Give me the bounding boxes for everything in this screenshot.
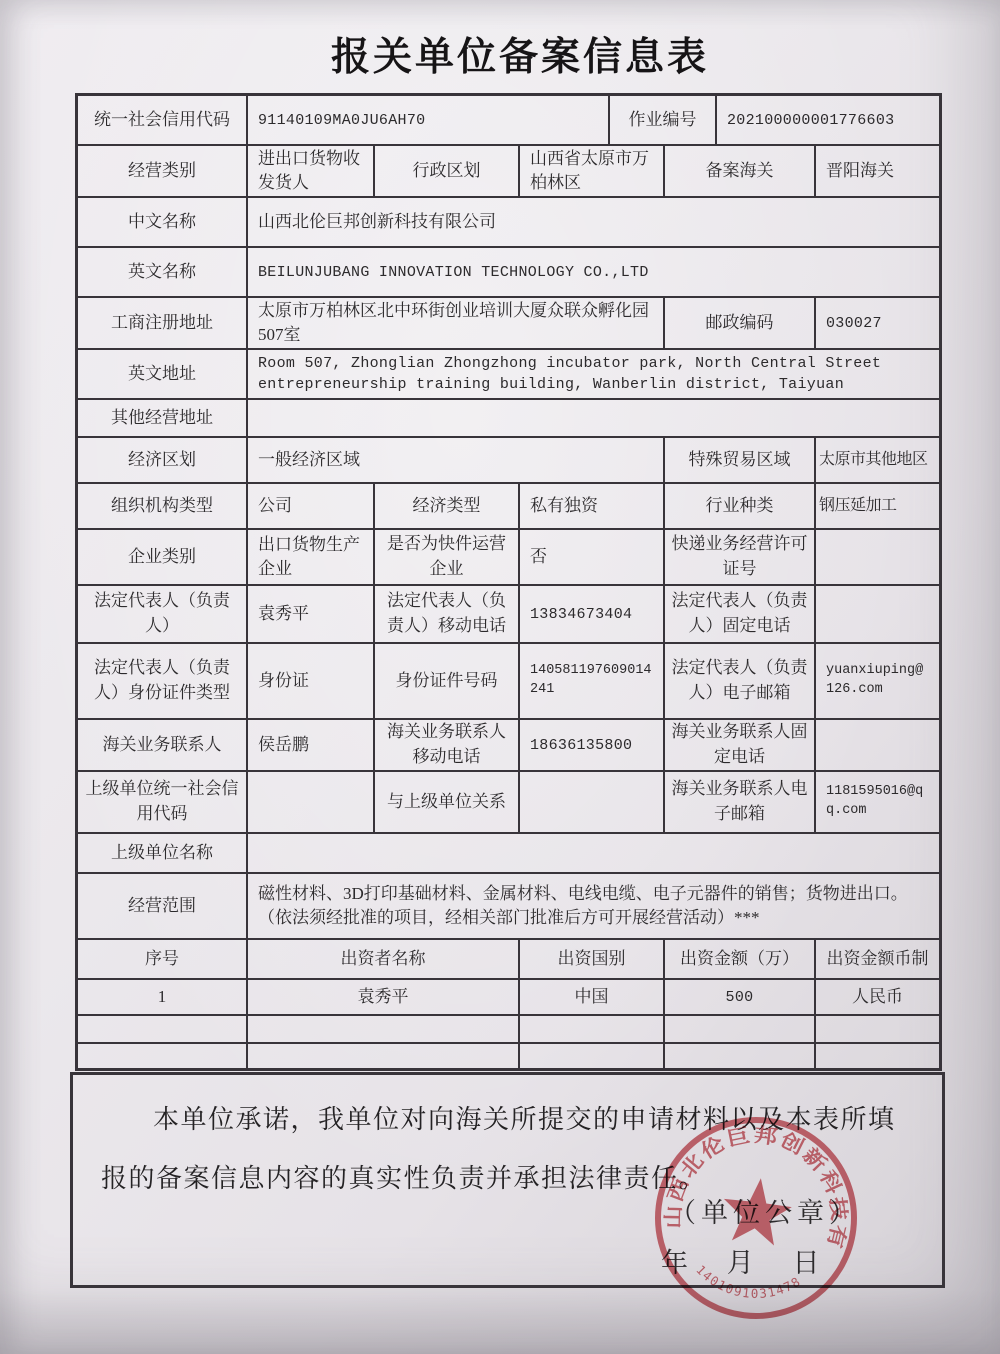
declaration-text: 本单位承诺，我单位对向海关所提交的申请材料以及本表所填报的备案信息内容的真实性负… [73, 1075, 942, 1208]
legal-rep-mobile-label: 法定代表人（负责人）移动电话 [375, 586, 520, 644]
investor-name: 袁秀平 [248, 980, 520, 1016]
legal-rep-label: 法定代表人（负责人） [78, 586, 248, 644]
table-row-org-type: 组织机构类型 公司 经济类型 私有独资 行业种类 钢压延加工 [78, 484, 939, 530]
registered-address-label: 工商注册地址 [78, 298, 248, 350]
enterprise-class-label: 企业类别 [78, 530, 248, 586]
date-year-label: 年 [661, 1241, 688, 1280]
express-license-label: 快递业务经营许可证号 [665, 530, 816, 586]
postcode-value: 030027 [816, 298, 939, 350]
investor-amount: 500 [665, 980, 816, 1016]
org-type-label: 组织机构类型 [78, 484, 248, 530]
english-name-value: BEILUNJUBANG INNOVATION TECHNOLOGY CO.,L… [248, 248, 939, 298]
customs-office-label: 备案海关 [665, 146, 816, 198]
investor-row: 1 袁秀平 中国 500 人民币 [78, 980, 939, 1016]
investor-header-row: 序号 出资者名称 出资国别 出资金额（万） 出资金额币制 [78, 940, 939, 980]
table-row-uscc: 统一社会信用代码 91140109MA0JU6AH70 作业编号 2021000… [78, 96, 939, 146]
table-row-economic-zone: 经济区划 一般经济区域 特殊贸易区域 太原市其他地区 [78, 438, 939, 484]
registration-table: 统一社会信用代码 91140109MA0JU6AH70 作业编号 2021000… [75, 93, 942, 1071]
table-row-reg-address: 工商注册地址 太原市万柏林区北中环街创业培训大厦众联众孵化园507室 邮政编码 … [78, 298, 939, 350]
business-category-value: 进出口货物收发货人 [248, 146, 375, 198]
legal-rep-mobile-value: 13834673404 [520, 586, 665, 644]
customs-contact-label: 海关业务联系人 [78, 720, 248, 772]
id-type-value: 身份证 [248, 644, 375, 720]
investor-country-header: 出资国别 [520, 940, 665, 980]
investor-country [520, 1016, 665, 1044]
investor-currency: 人民币 [816, 980, 939, 1016]
id-type-label: 法定代表人（负责人）身份证件类型 [78, 644, 248, 720]
economic-type-label: 经济类型 [375, 484, 520, 530]
customs-contact-email-value: 1181595016@qq.com [816, 772, 939, 834]
table-row-en-name: 英文名称 BEILUNJUBANG INNOVATION TECHNOLOGY … [78, 248, 939, 298]
id-number-label: 身份证件号码 [375, 644, 520, 720]
business-category-label: 经营类别 [78, 146, 248, 198]
legal-rep-email-label: 法定代表人（负责人）电子邮箱 [665, 644, 816, 720]
economic-type-value: 私有独资 [520, 484, 665, 530]
enterprise-class-value: 出口货物生产企业 [248, 530, 375, 586]
investor-amount [665, 1016, 816, 1044]
job-no-label: 作业编号 [610, 96, 717, 146]
investor-name [248, 1044, 520, 1068]
id-number-value: 140581197609014241 [520, 644, 665, 720]
other-address-label: 其他经营地址 [78, 400, 248, 438]
investor-amount [665, 1044, 816, 1068]
investor-country: 中国 [520, 980, 665, 1016]
table-row-legal-rep: 法定代表人（负责人） 袁秀平 法定代表人（负责人）移动电话 1383467340… [78, 586, 939, 644]
express-license-value [816, 530, 939, 586]
parent-relation-value [520, 772, 665, 834]
table-row-id-type: 法定代表人（负责人）身份证件类型 身份证 身份证件号码 140581197609… [78, 644, 939, 720]
special-trade-zone-label: 特殊贸易区域 [665, 438, 816, 484]
job-no-value: 202100000001776603 [717, 96, 939, 146]
investor-seq [78, 1044, 248, 1068]
industry-type-label: 行业种类 [665, 484, 816, 530]
investor-currency [816, 1016, 939, 1044]
postcode-label: 邮政编码 [665, 298, 816, 350]
economic-zone-label: 经济区划 [78, 438, 248, 484]
investor-seq [78, 1016, 248, 1044]
investor-row-empty [78, 1016, 939, 1044]
table-row-other-address: 其他经营地址 [78, 400, 939, 438]
parent-relation-label: 与上级单位关系 [375, 772, 520, 834]
other-address-value [248, 400, 939, 438]
table-row-enterprise-class: 企业类别 出口货物生产企业 是否为快件运营企业 否 快递业务经营许可证号 [78, 530, 939, 586]
chinese-name-label: 中文名称 [78, 198, 248, 248]
legal-rep-email-value: yuanxiuping@126.com [816, 644, 939, 720]
investor-seq-header: 序号 [78, 940, 248, 980]
express-operator-value: 否 [520, 530, 665, 586]
investor-country [520, 1044, 665, 1068]
customs-contact-email-label: 海关业务联系人电子邮箱 [665, 772, 816, 834]
document-photo: 报关单位备案信息表 统一社会信用代码 91140109MA0JU6AH70 作业… [0, 0, 1000, 1354]
economic-zone-value: 一般经济区域 [248, 438, 665, 484]
uscc-value: 91140109MA0JU6AH70 [248, 96, 610, 146]
business-scope-label: 经营范围 [78, 874, 248, 940]
table-row-category: 经营类别 进出口货物收发货人 行政区划 山西省太原市万柏林区 备案海关 晋阳海关 [78, 146, 939, 198]
legal-rep-value: 袁秀平 [248, 586, 375, 644]
english-address-value: Room 507, Zhonglian Zhongzhong incubator… [248, 350, 939, 400]
form-title: 报关单位备案信息表 [331, 26, 709, 82]
express-operator-label: 是否为快件运营企业 [375, 530, 520, 586]
customs-contact-mobile-value: 18636135800 [520, 720, 665, 772]
business-scope-value: 磁性材料、3D打印基础材料、金属材料、电线电缆、电子元器件的销售；货物进出口。（… [248, 874, 939, 940]
declaration-box: 本单位承诺，我单位对向海关所提交的申请材料以及本表所填报的备案信息内容的真实性负… [70, 1072, 945, 1288]
customs-contact-value: 侯岳鹏 [248, 720, 375, 772]
investor-amount-header: 出资金额（万） [665, 940, 816, 980]
table-row-business-scope: 经营范围 磁性材料、3D打印基础材料、金属材料、电线电缆、电子元器件的销售；货物… [78, 874, 939, 940]
registered-address-value: 太原市万柏林区北中环街创业培训大厦众联众孵化园507室 [248, 298, 665, 350]
chinese-name-value: 山西北伦巨邦创新科技有限公司 [248, 198, 939, 248]
investor-name [248, 1016, 520, 1044]
customs-contact-landline-label: 海关业务联系人固定电话 [665, 720, 816, 772]
org-type-value: 公司 [248, 484, 375, 530]
special-trade-zone-value: 太原市其他地区 [816, 438, 939, 484]
table-row-parent-uscc: 上级单位统一社会信用代码 与上级单位关系 海关业务联系人电子邮箱 1181595… [78, 772, 939, 834]
parent-name-value [248, 834, 939, 874]
table-row-customs-contact: 海关业务联系人 侯岳鹏 海关业务联系人移动电话 18636135800 海关业务… [78, 720, 939, 772]
legal-rep-landline-label: 法定代表人（负责人）固定电话 [665, 586, 816, 644]
admin-division-value: 山西省太原市万柏林区 [520, 146, 665, 198]
parent-name-label: 上级单位名称 [78, 834, 248, 874]
table-row-cn-name: 中文名称 山西北伦巨邦创新科技有限公司 [78, 198, 939, 248]
parent-uscc-label: 上级单位统一社会信用代码 [78, 772, 248, 834]
customs-office-value: 晋阳海关 [816, 146, 939, 198]
customs-contact-landline-value [816, 720, 939, 772]
table-row-parent-name: 上级单位名称 [78, 834, 939, 874]
investor-name-header: 出资者名称 [248, 940, 520, 980]
date-month-label: 月 [727, 1241, 754, 1280]
uscc-label: 统一社会信用代码 [78, 96, 248, 146]
investor-currency [816, 1044, 939, 1068]
admin-division-label: 行政区划 [375, 146, 520, 198]
table-row-en-address: 英文地址 Room 507, Zhonglian Zhongzhong incu… [78, 350, 939, 400]
english-address-label: 英文地址 [78, 350, 248, 400]
parent-uscc-value [248, 772, 375, 834]
industry-type-value: 钢压延加工 [816, 484, 939, 530]
investor-row-empty [78, 1044, 939, 1068]
date-day-label: 日 [793, 1241, 820, 1280]
investor-seq: 1 [78, 980, 248, 1016]
english-name-label: 英文名称 [78, 248, 248, 298]
legal-rep-landline-value [816, 586, 939, 644]
customs-contact-mobile-label: 海关业务联系人移动电话 [375, 720, 520, 772]
investor-currency-header: 出资金额币制 [816, 940, 939, 980]
seal-placeholder-label: （单位公章） [669, 1191, 861, 1230]
date-line: 年 月 日 [661, 1241, 820, 1280]
